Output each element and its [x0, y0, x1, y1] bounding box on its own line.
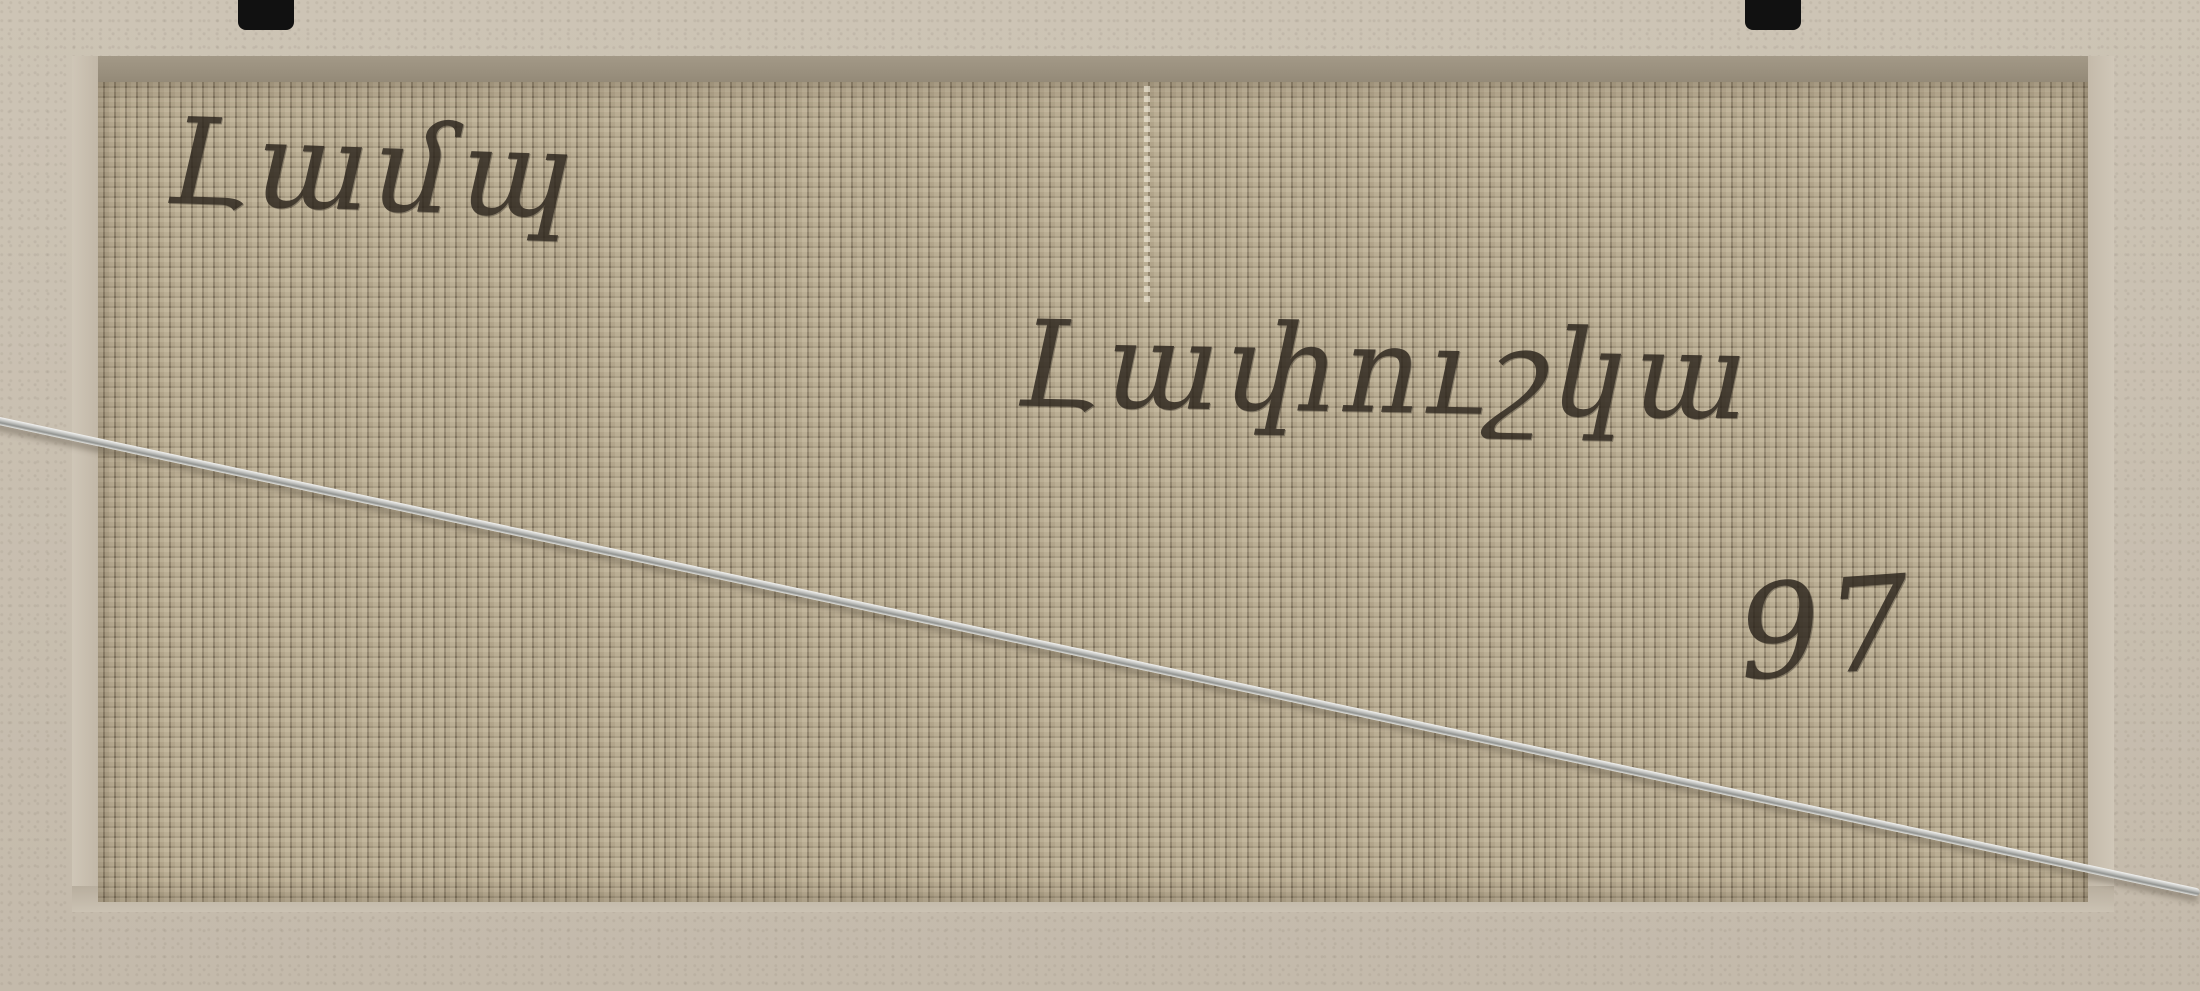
- recess-bevel-top: [72, 56, 2114, 82]
- recess-bevel-right: [2088, 56, 2114, 912]
- inscription-line-1: Լամպ: [166, 93, 580, 246]
- left-hanger: [238, 0, 294, 30]
- right-hanger: [1745, 0, 1801, 30]
- recess-bevel-left: [72, 56, 98, 912]
- inscription-year: 97: [1733, 546, 1921, 710]
- mount-board: Լամպ Լափուշկա 97: [0, 0, 2200, 991]
- inscription-line-2: Լափուշկա: [1017, 296, 1755, 448]
- linen-canvas-back: Լամպ Լափուշկա 97: [98, 82, 2088, 902]
- canvas-seam-thread: [1144, 82, 1150, 302]
